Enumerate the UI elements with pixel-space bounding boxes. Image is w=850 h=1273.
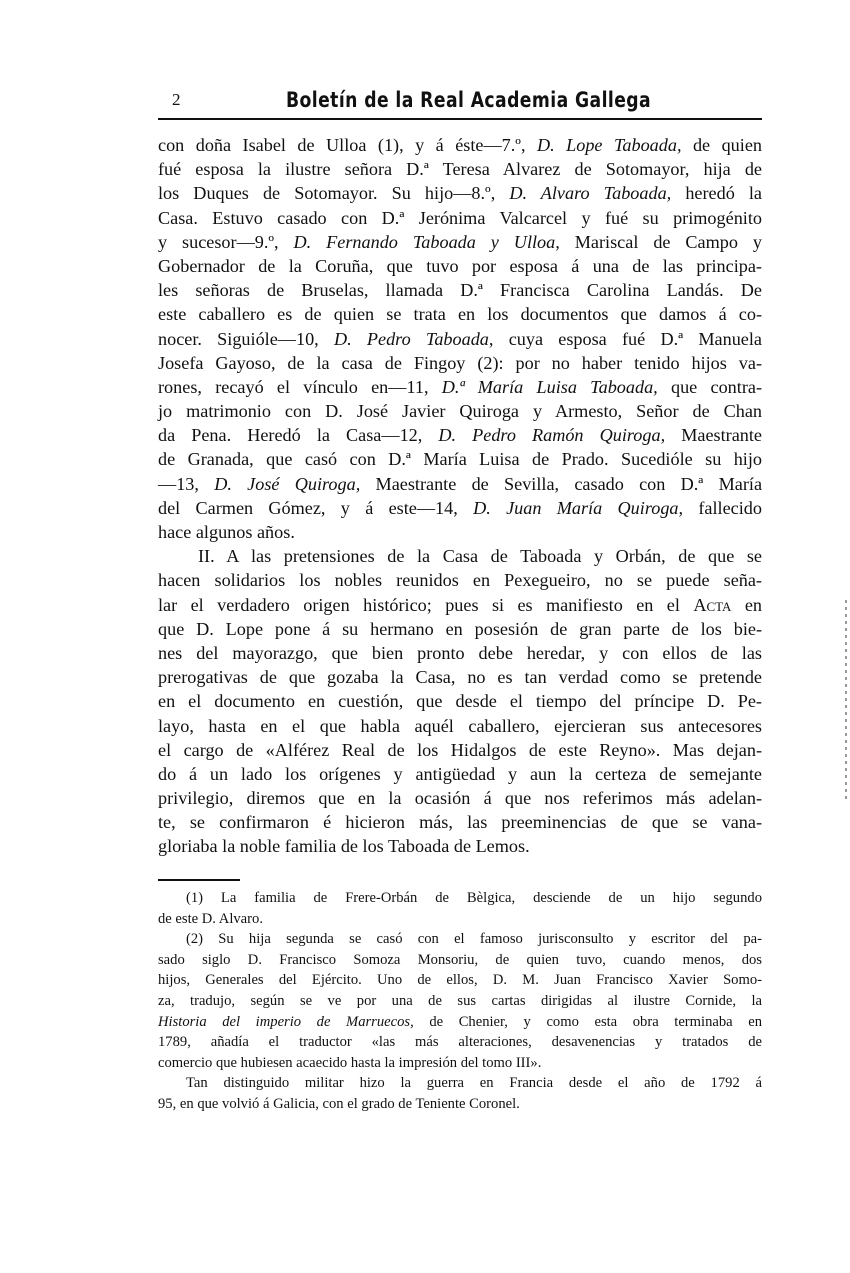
text-line: y sucesor—9.º, D. Fernando Taboada y Ull… <box>158 230 762 254</box>
text-line: 95, en que volvió á Galicia, con el grad… <box>158 1094 762 1115</box>
text-segment: los Duques de Sotomayor. Su hijo—8.º, <box>158 183 509 203</box>
text-segment: Acta <box>693 595 731 615</box>
text-segment: rones, recayó el vínculo en—11, <box>158 377 442 397</box>
text-segment: D. Fernando Taboada y Ulloa, <box>294 232 560 252</box>
text-line: Historia del imperio de Marruecos, de Ch… <box>158 1012 762 1033</box>
text-segment: de este D. Alvaro. <box>158 911 263 927</box>
text-segment: que contra- <box>658 377 762 397</box>
text-line: za, tradujo, según se ve por una de sus … <box>158 991 762 1012</box>
text-segment: (1) La familia de Frere-Orbán de Bèlgica… <box>186 890 762 906</box>
text-segment: sado siglo D. Francisco Somoza Monsoriu,… <box>158 952 762 968</box>
text-line: II. A las pretensiones de la Casa de Tab… <box>158 544 762 568</box>
text-segment: en el documento en cuestión, que desde e… <box>158 691 762 711</box>
text-line: Casa. Estuvo casado con D.ª Jerónima Val… <box>158 206 762 230</box>
text-segment: D. José Quiroga, <box>214 474 360 494</box>
text-segment: te, se confirmaron é hicieron más, las p… <box>158 812 762 832</box>
text-line: te, se confirmaron é hicieron más, las p… <box>158 810 762 834</box>
text-segment: Historia del imperio de Marruecos, <box>158 1014 414 1030</box>
scan-margin-marks <box>845 600 847 800</box>
text-line: de este D. Alvaro. <box>158 909 762 930</box>
text-segment: (2) Su hija segunda se casó con el famos… <box>186 931 762 947</box>
text-line: (1) La familia de Frere-Orbán de Bèlgica… <box>158 888 762 909</box>
text-line: privilegio, diremos que en la ocasión á … <box>158 786 762 810</box>
text-line: de Granada, que casó con D.ª María Luisa… <box>158 447 762 471</box>
text-line: 1789, añadía el traductor «las más alter… <box>158 1032 762 1053</box>
text-line: los Duques de Sotomayor. Su hijo—8.º, D.… <box>158 181 762 205</box>
text-segment: hijos, Generales del Ejército. Uno de el… <box>158 972 762 988</box>
text-line: nes del mayorazgo, que bien pronto debe … <box>158 641 762 665</box>
text-segment: de quien <box>682 135 763 155</box>
text-line: comercio que hubiesen acaecido hasta la … <box>158 1053 762 1074</box>
text-segment: D. Alvaro Taboada, <box>509 183 671 203</box>
text-segment: fué esposa la ilustre señora D.ª Teresa … <box>158 159 762 179</box>
text-segment: layo, hasta en el que habla aquél caball… <box>158 716 762 736</box>
text-segment: D.ª María Luisa Taboada, <box>442 377 658 397</box>
header-rule <box>158 118 762 120</box>
text-segment: lar el verdadero origen histórico; pues … <box>158 595 693 615</box>
text-segment: heredó la <box>671 183 762 203</box>
text-segment: D. Juan María Quiroga, <box>473 498 683 518</box>
text-line: Tan distinguido militar hizo la guerra e… <box>158 1073 762 1094</box>
text-segment: D. Pedro Ramón Quiroga, <box>438 425 665 445</box>
text-line: —13, D. José Quiroga, Maestrante de Sevi… <box>158 472 762 496</box>
text-segment: 1789, añadía el traductor «las más alter… <box>158 1034 762 1050</box>
text-segment: do á un lado los orígenes y antigüedad y… <box>158 764 762 784</box>
text-segment: este caballero es de quien se trata en l… <box>158 304 762 324</box>
text-segment: Maestrante de Sevilla, casado con D.ª Ma… <box>360 474 762 494</box>
text-line: hace algunos años. <box>158 520 762 544</box>
text-segment: les señoras de Bruselas, llamada D.ª Fra… <box>158 280 762 300</box>
body-text: con doña Isabel de Ulloa (1), y á éste—7… <box>158 133 762 859</box>
text-line: da Pena. Heredó la Casa—12, D. Pedro Ram… <box>158 423 762 447</box>
text-segment: prerogativas de que gozaba la Casa, no e… <box>158 667 762 687</box>
text-segment: cuya esposa fué D.ª Manuela <box>493 329 762 349</box>
text-segment: jo matrimonio con D. José Javier Quiroga… <box>158 401 762 421</box>
text-line: do á un lado los orígenes y antigüedad y… <box>158 762 762 786</box>
text-line: prerogativas de que gozaba la Casa, no e… <box>158 665 762 689</box>
text-segment: —13, <box>158 474 214 494</box>
page-header: 2 Boletín de la Real Academia Gallega <box>158 88 762 116</box>
text-segment: con doña Isabel de Ulloa (1), y á éste—7… <box>158 135 537 155</box>
text-segment: en <box>731 595 762 615</box>
text-segment: privilegio, diremos que en la ocasión á … <box>158 788 762 808</box>
text-line: jo matrimonio con D. José Javier Quiroga… <box>158 399 762 423</box>
text-line: del Carmen Gómez, y á este—14, D. Juan M… <box>158 496 762 520</box>
text-segment: hacen solidarios los nobles reunidos en … <box>158 570 762 590</box>
footnote-rule <box>158 879 240 881</box>
text-segment: Tan distinguido militar hizo la guerra e… <box>186 1075 762 1091</box>
scanned-page: 2 Boletín de la Real Academia Gallega co… <box>0 0 850 1273</box>
text-segment: de Chenier, y como esta obra terminaba e… <box>414 1014 762 1030</box>
text-segment: Casa. Estuvo casado con D.ª Jerónima Val… <box>158 208 762 228</box>
text-segment: Gobernador de la Coruña, que tuvo por es… <box>158 256 762 276</box>
text-line: rones, recayó el vínculo en—11, D.ª Marí… <box>158 375 762 399</box>
text-line: fué esposa la ilustre señora D.ª Teresa … <box>158 157 762 181</box>
text-segment: del Carmen Gómez, y á este—14, <box>158 498 473 518</box>
text-segment: comercio que hubiesen acaecido hasta la … <box>158 1055 541 1071</box>
text-segment: D. Lope Taboada, <box>537 135 682 155</box>
text-segment: D. Pedro Taboada, <box>334 329 493 349</box>
text-segment: fallecido <box>683 498 762 518</box>
text-line: Gobernador de la Coruña, que tuvo por es… <box>158 254 762 278</box>
text-segment: Mariscal de Campo y <box>560 232 762 252</box>
text-line: gloriaba la noble familia de los Taboada… <box>158 834 762 858</box>
text-segment: 95, en que volvió á Galicia, con el grad… <box>158 1096 520 1112</box>
text-segment: II. A las pretensiones de la Casa de Tab… <box>198 546 762 566</box>
page-number: 2 <box>172 90 181 110</box>
text-line: que D. Lope pone á su hermano en posesió… <box>158 617 762 641</box>
text-line: layo, hasta en el que habla aquél caball… <box>158 714 762 738</box>
text-segment: Maestrante <box>665 425 762 445</box>
text-line: nocer. Siguióle—10, D. Pedro Taboada, cu… <box>158 327 762 351</box>
text-line: (2) Su hija segunda se casó con el famos… <box>158 929 762 950</box>
text-segment: nocer. Siguióle—10, <box>158 329 334 349</box>
text-line: con doña Isabel de Ulloa (1), y á éste—7… <box>158 133 762 157</box>
text-line: hijos, Generales del Ejército. Uno de el… <box>158 970 762 991</box>
text-line: lar el verdadero origen histórico; pues … <box>158 593 762 617</box>
text-segment: za, tradujo, según se ve por una de sus … <box>158 993 762 1009</box>
text-line: Josefa Gayoso, de la casa de Fingoy (2):… <box>158 351 762 375</box>
text-line: sado siglo D. Francisco Somoza Monsoriu,… <box>158 950 762 971</box>
text-line: en el documento en cuestión, que desde e… <box>158 689 762 713</box>
running-title: Boletín de la Real Academia Gallega <box>286 88 651 112</box>
text-segment: de Granada, que casó con D.ª María Luisa… <box>158 449 762 469</box>
text-segment: y sucesor—9.º, <box>158 232 294 252</box>
text-segment: que D. Lope pone á su hermano en posesió… <box>158 619 762 639</box>
text-line: les señoras de Bruselas, llamada D.ª Fra… <box>158 278 762 302</box>
text-segment: Josefa Gayoso, de la casa de Fingoy (2):… <box>158 353 762 373</box>
text-line: hacen solidarios los nobles reunidos en … <box>158 568 762 592</box>
footnotes: (1) La familia de Frere-Orbán de Bèlgica… <box>158 888 762 1115</box>
text-segment: hace algunos años. <box>158 522 295 542</box>
text-segment: da Pena. Heredó la Casa—12, <box>158 425 438 445</box>
text-line: el cargo de «Alférez Real de los Hidalgo… <box>158 738 762 762</box>
text-segment: el cargo de «Alférez Real de los Hidalgo… <box>158 740 762 760</box>
text-line: este caballero es de quien se trata en l… <box>158 302 762 326</box>
text-segment: gloriaba la noble familia de los Taboada… <box>158 836 530 856</box>
text-segment: nes del mayorazgo, que bien pronto debe … <box>158 643 762 663</box>
